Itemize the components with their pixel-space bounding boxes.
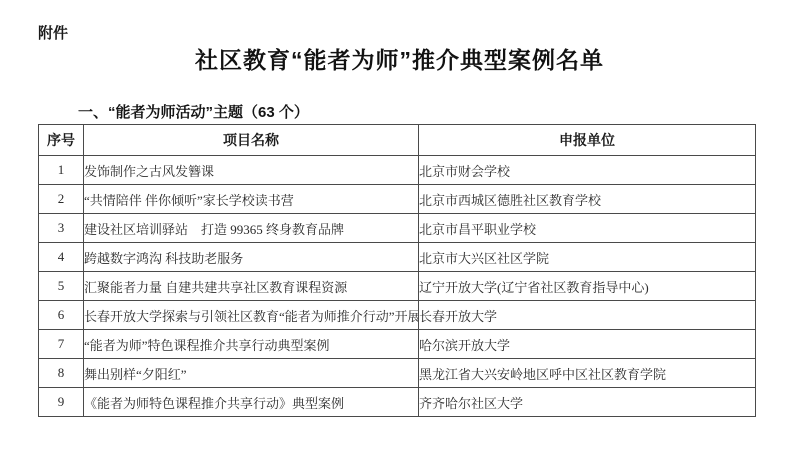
table-row: 2“共情陪伴 伴你倾听”家长学校读书营北京市西城区德胜社区教育学校 (39, 185, 756, 214)
row-number-cell: 9 (39, 388, 84, 417)
reporting-unit-cell: 辽宁开放大学(辽宁省社区教育指导中心) (419, 272, 756, 301)
project-name-cell: “能者为师”特色课程推介共享行动典型案例 (84, 330, 419, 359)
table-row: 7“能者为师”特色课程推介共享行动典型案例哈尔滨开放大学 (39, 330, 756, 359)
case-table: 序号 项目名称 申报单位 1发饰制作之古风发簪课北京市财会学校2“共情陪伴 伴你… (38, 124, 756, 417)
document-page: 附件 社区教育“能者为师”推介典型案例名单 一、“能者为师活动”主题（63 个）… (0, 0, 799, 449)
project-name-cell: 跨越数字鸿沟 科技助老服务 (84, 243, 419, 272)
row-number-cell: 7 (39, 330, 84, 359)
project-name-cell: 建设社区培训驿站 打造 99365 终身教育品牌 (84, 214, 419, 243)
table-body: 1发饰制作之古风发簪课北京市财会学校2“共情陪伴 伴你倾听”家长学校读书营北京市… (39, 156, 756, 417)
reporting-unit-cell: 齐齐哈尔社区大学 (419, 388, 756, 417)
project-name-cell: 舞出别样“夕阳红” (84, 359, 419, 388)
row-number-cell: 2 (39, 185, 84, 214)
reporting-unit-cell: 长春开放大学 (419, 301, 756, 330)
table-row: 3建设社区培训驿站 打造 99365 终身教育品牌北京市昌平职业学校 (39, 214, 756, 243)
reporting-unit-cell: 北京市大兴区社区学院 (419, 243, 756, 272)
project-name-cell: “共情陪伴 伴你倾听”家长学校读书营 (84, 185, 419, 214)
attachment-label: 附件 (38, 22, 68, 43)
reporting-unit-cell: 黑龙江省大兴安岭地区呼中区社区教育学院 (419, 359, 756, 388)
row-number-cell: 3 (39, 214, 84, 243)
row-number-cell: 4 (39, 243, 84, 272)
project-name-cell: 汇聚能者力量 自建共建共享社区教育课程资源 (84, 272, 419, 301)
reporting-unit-cell: 北京市财会学校 (419, 156, 756, 185)
column-header-project-name: 项目名称 (84, 125, 419, 156)
row-number-cell: 5 (39, 272, 84, 301)
table-row: 1发饰制作之古风发簪课北京市财会学校 (39, 156, 756, 185)
table-row: 4跨越数字鸿沟 科技助老服务北京市大兴区社区学院 (39, 243, 756, 272)
project-name-cell: 《能者为师特色课程推介共享行动》典型案例 (84, 388, 419, 417)
row-number-cell: 6 (39, 301, 84, 330)
row-number-cell: 1 (39, 156, 84, 185)
project-name-cell: 发饰制作之古风发簪课 (84, 156, 419, 185)
table-row: 5汇聚能者力量 自建共建共享社区教育课程资源辽宁开放大学(辽宁省社区教育指导中心… (39, 272, 756, 301)
section-heading: 一、“能者为师活动”主题（63 个） (78, 101, 309, 122)
table-row: 9《能者为师特色课程推介共享行动》典型案例齐齐哈尔社区大学 (39, 388, 756, 417)
project-name-cell: 长春开放大学探索与引领社区教育“能者为师推介行动”开展 (84, 301, 419, 330)
column-header-reporting-unit: 申报单位 (419, 125, 756, 156)
reporting-unit-cell: 哈尔滨开放大学 (419, 330, 756, 359)
table-row: 8舞出别样“夕阳红”黑龙江省大兴安岭地区呼中区社区教育学院 (39, 359, 756, 388)
page-title: 社区教育“能者为师”推介典型案例名单 (0, 42, 799, 75)
column-header-number: 序号 (39, 125, 84, 156)
reporting-unit-cell: 北京市西城区德胜社区教育学校 (419, 185, 756, 214)
table-header-row: 序号 项目名称 申报单位 (39, 125, 756, 156)
reporting-unit-cell: 北京市昌平职业学校 (419, 214, 756, 243)
row-number-cell: 8 (39, 359, 84, 388)
table-row: 6长春开放大学探索与引领社区教育“能者为师推介行动”开展长春开放大学 (39, 301, 756, 330)
